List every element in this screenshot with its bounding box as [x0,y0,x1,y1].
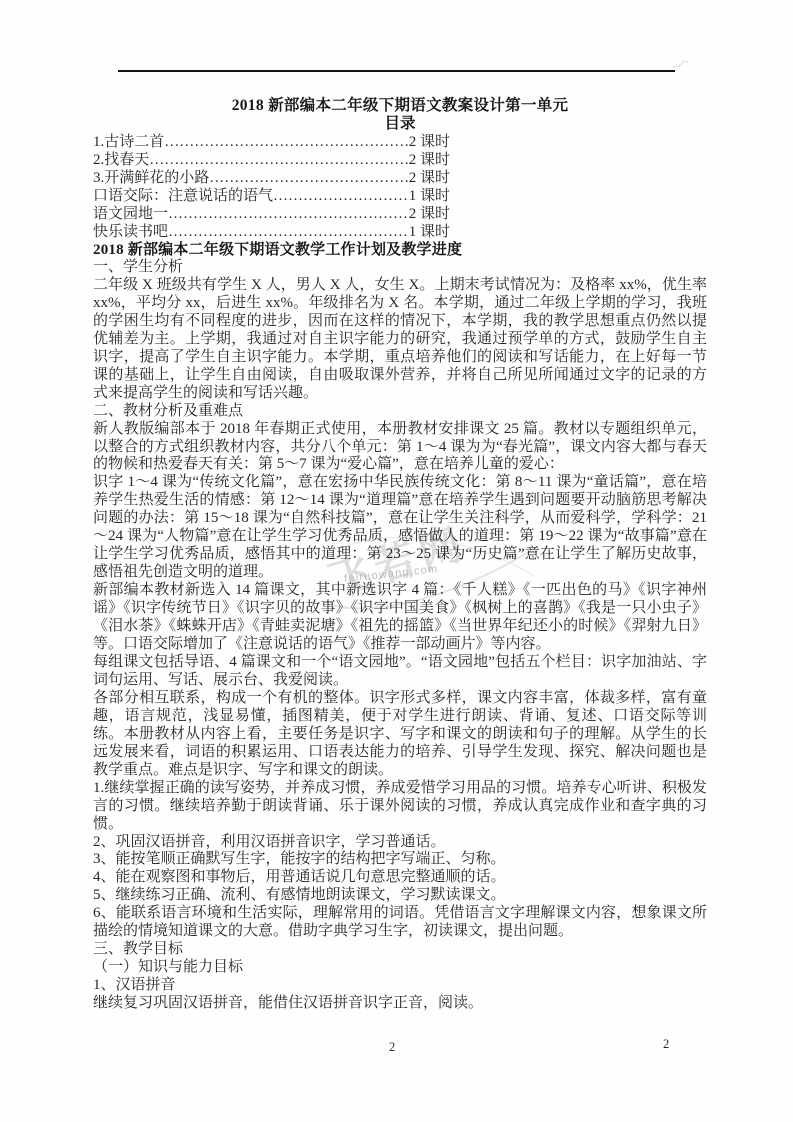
table-of-contents: 1.古诗二首 ……………………………………………………………………………………2… [93,133,450,241]
paragraph: 一、学生分析 [93,259,707,277]
paragraph: 二年级 X 班级共有学生 X 人，男人 X 人，女生 X。上期末考试情况为：及格… [93,277,707,403]
toc-row: 口语交际：注意说话的语气…………………………………………………………………………… [93,187,450,205]
toc-item-pages: 2 课时 [409,151,450,169]
paragraph: 4、能在观察图和事物后，用普通话说几句意思完整通顺的话。 [93,869,707,887]
page-number-right: 2 [663,1037,669,1052]
toc-leader-dots: …………………………………………………………………………………… [149,151,408,169]
paragraph: 三、教学目标 [93,941,707,959]
document-title: 2018 新部编本二年级下期语文教案设计第一单元 [93,96,707,115]
paragraph: 6、能联系语言环境和生活实际，理解常用的词语。凭借语言文字理解课文内容，想象课文… [93,905,707,941]
toc-leader-dots: …………………………………………………………………………………… [273,187,409,205]
plan-heading: 2018 新部编本二年级下期语文教学工作计划及教学进度 [93,241,707,259]
toc-item-label: 快乐读书吧 [93,223,168,241]
toc-row: 快乐读书吧……………………………………………………………………………………1 课… [93,223,450,241]
paragraph: 识字 1～4 课为“传统文化篇”，意在宏扬中华民族传统文化：第 8～11 课为“… [93,474,707,582]
toc-row: 语文园地一……………………………………………………………………………………2 课… [93,205,450,223]
paragraph: 3、能按笔顺正确默写生字，能按字的结构把字写端正、匀称。 [93,851,707,869]
paragraph: 每组课文包括导语、4 篇课文和一个“语文园地”。“语文园地”包括五个栏目：识字加… [93,654,707,690]
page-number-center: 2 [389,1040,395,1055]
toc-leader-dots: …………………………………………………………………………………… [164,133,408,151]
toc-row: 1.古诗二首 ……………………………………………………………………………………2… [93,133,450,151]
paragraph: （一）知识与能力目标 [93,959,707,977]
toc-title: 目录 [93,115,707,133]
toc-item-pages: 2 课时 [409,205,450,223]
header-watermark-squiggle-icon [671,57,689,78]
toc-item-label: 1.古诗二首 [93,133,164,151]
toc-leader-dots: …………………………………………………………………………………… [209,169,408,187]
toc-item-label: 2.找春天 [93,151,149,169]
toc-item-pages: 1 课时 [409,187,450,205]
paragraph: 各部分相互联系，构成一个有机的整体。识字形式多样，课文内容丰富，体裁多样，富有童… [93,690,707,780]
toc-row: 2.找春天……………………………………………………………………………………2 课… [93,151,450,169]
paragraph: 5、继续练习正确、流利、有感情地朗读课文，学习默读课文。 [93,887,707,905]
toc-leader-dots: …………………………………………………………………………………… [168,205,409,223]
toc-row: 3.开满鲜花的小路…………………………………………………………………………………… [93,169,450,187]
toc-leader-dots: …………………………………………………………………………………… [168,223,409,241]
toc-item-label: 语文园地一 [93,205,168,223]
toc-item-pages: 2 课时 [409,133,450,151]
toc-item-pages: 2 课时 [409,169,450,187]
document-page: 飞若网 feiruowang.com 2018 新部编本二年级下期语文教案设计第… [0,0,793,1122]
header-rule [118,70,675,72]
toc-item-pages: 1 课时 [409,223,450,241]
document-content: 2018 新部编本二年级下期语文教案设计第一单元 目录 1.古诗二首 ……………… [93,96,707,1013]
paragraph: 继续复习巩固汉语拼音，能借住汉语拼音识字正音，阅读。 [93,995,707,1013]
paragraph: 2、巩固汉语拼音，利用汉语拼音识字，学习普通话。 [93,834,707,852]
document-body: 一、学生分析二年级 X 班级共有学生 X 人，男人 X 人，女生 X。上期末考试… [93,259,707,1013]
paragraph: 1.继续掌握正确的读写姿势，并养成习惯，养成爱惜学习用品的习惯。培养专心听讲、积… [93,780,707,834]
paragraph: 二、教材分析及重难点 [93,403,707,421]
toc-item-label: 3.开满鲜花的小路 [93,169,209,187]
paragraph: 新人教版编部本于 2018 年春期正式使用，本册教材安排课文 25 篇。教材以专… [93,421,707,475]
toc-item-label: 口语交际：注意说话的语气 [93,187,273,205]
paragraph: 新部编本教材新选入 14 篇课文，其中新选识字 4 篇：《千人糕》《一匹出色的马… [93,582,707,654]
paragraph: 1、汉语拼音 [93,977,707,995]
